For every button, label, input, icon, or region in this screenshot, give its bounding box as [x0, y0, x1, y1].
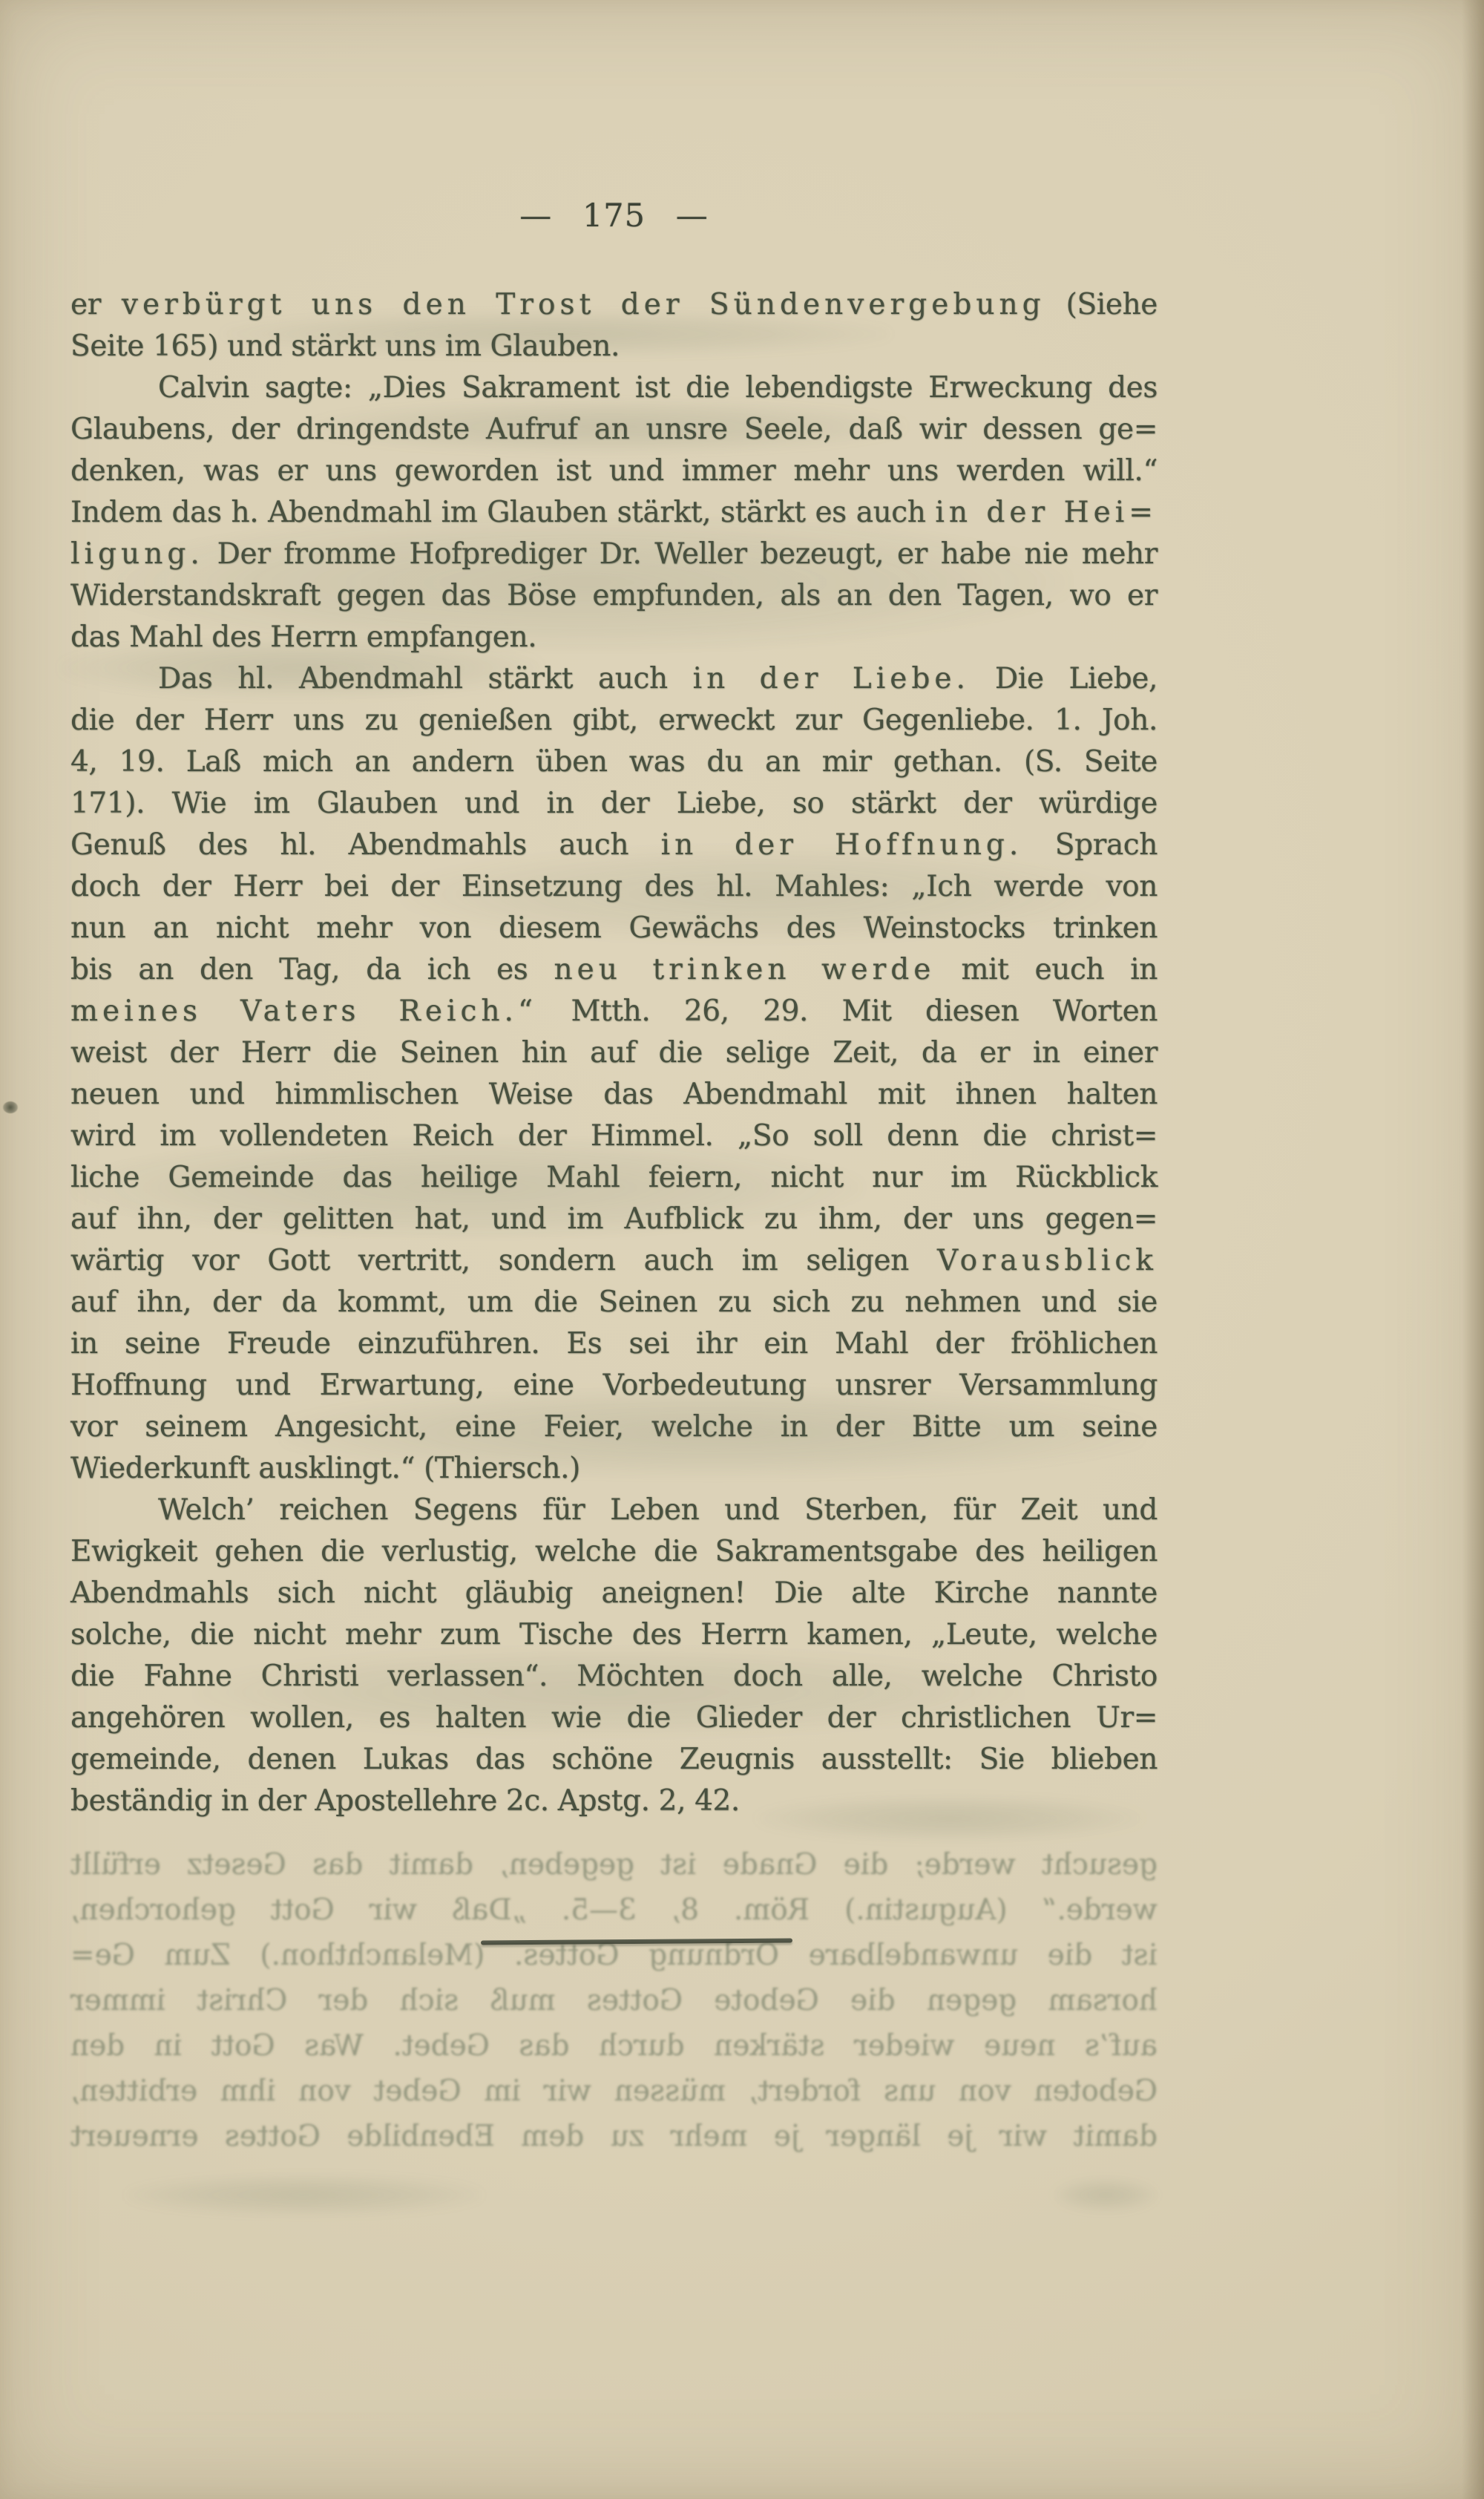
text-line: Indem das h. Abendmahl im Glauben stärkt… — [70, 492, 1158, 534]
page-text: er verbürgt uns den Trost der Sündenverg… — [70, 284, 1158, 1822]
text-segment: Die Liebe, — [970, 662, 1158, 695]
bleedthrough-line: damit wir je länger je mehr zu dem Ebenb… — [70, 2114, 1158, 2159]
text-line: doch der Herr bei der Einsetzung des hl.… — [70, 866, 1158, 908]
letterspaced-emphasis: verbürgt uns den Trost der Sündenvergebu… — [122, 288, 1045, 321]
text-line: Seite 165) und stärkt uns im Glauben. — [70, 326, 1158, 367]
text-line: die der Herr uns zu genießen gibt, erwec… — [70, 700, 1158, 741]
text-line: wärtig vor Gott vertritt, sondern auch i… — [70, 1240, 1158, 1282]
text-segment: (Siehe — [1045, 288, 1158, 321]
text-line: meines Vaters Reich.“ Mtth. 26, 29. Mit … — [70, 991, 1158, 1032]
bleedthrough-smudge — [126, 2175, 482, 2215]
letterspaced-emphasis: Vorausblick — [937, 1244, 1158, 1277]
text-line: nun an nicht mehr von diesem Gewächs des… — [70, 908, 1158, 949]
bleedthrough-line: werde.“ (Augustin.) Röm. 8, 3—5. „Daß wi… — [70, 1887, 1158, 1933]
text-line: Welch’ reichen Segens für Leben und Ster… — [70, 1490, 1158, 1531]
text-segment: die Fahne Christi verlassen“. Möchten do… — [70, 1660, 1158, 1693]
text-segment: Mtth. 26, 29. Mit diesen Worten — [537, 995, 1158, 1028]
text-line: 4, 19. Laß mich an andern üben was du an… — [70, 741, 1158, 783]
text-line: Ewigkeit gehen die verlustig, welche die… — [70, 1531, 1158, 1573]
text-line: Widerstandskraft gegen das Böse empfunde… — [70, 575, 1158, 617]
bleedthrough-smudge — [1054, 2178, 1158, 2212]
text-segment: solche, die nicht mehr zum Tische des He… — [70, 1618, 1158, 1651]
paragraph: Das hl. Abendmahl stärkt auch in der Lie… — [70, 658, 1158, 1490]
text-segment: angehören wollen, es halten wie die Glie… — [70, 1701, 1158, 1735]
text-segment: bis an den Tag, da ich es — [70, 953, 554, 986]
text-segment: Ewigkeit gehen die verlustig, welche die… — [70, 1535, 1158, 1568]
text-line: Glaubens, der dringendste Aufruf an unsr… — [70, 409, 1158, 451]
letterspaced-emphasis: in der Hoffnung. — [661, 828, 1023, 862]
text-segment: Widerstandskraft gegen das Böse empfunde… — [70, 579, 1158, 612]
text-line: auf ihn, der gelitten hat, und im Aufbli… — [70, 1199, 1158, 1240]
text-segment: vor seinem Angesicht, eine Feier, welche… — [70, 1410, 1158, 1444]
text-segment: auf ihn, der da kommt, um die Seinen zu … — [70, 1285, 1158, 1319]
text-segment: Der fromme Hofprediger Dr. Weller bezeug… — [204, 537, 1158, 571]
page-number-header: — 175 — — [70, 197, 1158, 235]
text-segment: beständig in der Apostellehre 2c. Apstg.… — [70, 1784, 740, 1818]
text-segment: Das hl. Abendmahl stärkt auch — [158, 662, 693, 695]
text-segment: in seine Freude einzuführen. Es sei ihr … — [70, 1327, 1158, 1360]
text-line: Calvin sagte: „Dies Sakrament ist die le… — [70, 367, 1158, 409]
text-segment: nun an nicht mehr von diesem Gewächs des… — [70, 911, 1158, 945]
text-segment: 4, 19. Laß mich an andern üben was du an… — [70, 745, 1158, 779]
text-line: Das hl. Abendmahl stärkt auch in der Lie… — [70, 658, 1158, 700]
text-segment: liche Gemeinde das heilige Mahl feiern, … — [70, 1161, 1158, 1194]
text-line: in seine Freude einzuführen. Es sei ihr … — [70, 1323, 1158, 1365]
text-line: auf ihn, der da kommt, um die Seinen zu … — [70, 1282, 1158, 1323]
text-line: bis an den Tag, da ich es neu trinken we… — [70, 949, 1158, 991]
text-line: das Mahl des Herrn empfangen. — [70, 617, 1158, 658]
text-segment: Abendmahls sich nicht gläubig aneignen! … — [70, 1576, 1158, 1610]
bleedthrough-line: auf’s neue wieder stärken durch das Gebe… — [70, 2023, 1158, 2069]
text-line: ligung. Der fromme Hofprediger Dr. Welle… — [70, 534, 1158, 575]
text-segment: weist der Herr die Seinen hin auf die se… — [70, 1036, 1158, 1070]
text-line: neuen und himmlischen Weise das Abendmah… — [70, 1074, 1158, 1116]
page-edge-shadow — [1462, 0, 1484, 2499]
text-segment: Wiederkunft ausklingt.“ (Thiersch.) — [70, 1452, 580, 1485]
text-line: liche Gemeinde das heilige Mahl feiern, … — [70, 1157, 1158, 1199]
text-segment: Welch’ reichen Segens für Leben und Ster… — [158, 1493, 1158, 1527]
book-page: — 175 — er verbürgt uns den Trost der Sü… — [0, 0, 1484, 2499]
text-segment: Sprach — [1022, 828, 1158, 862]
text-segment: Indem das h. Abendmahl im Glauben stärkt… — [70, 496, 935, 529]
text-line: wird im vollendeten Reich der Himmel. „S… — [70, 1116, 1158, 1157]
ink-speck — [3, 1101, 18, 1113]
text-line: Abendmahls sich nicht gläubig aneignen! … — [70, 1573, 1158, 1614]
text-line: Wiederkunft ausklingt.“ (Thiersch.) — [70, 1448, 1158, 1490]
text-segment: doch der Herr bei der Einsetzung des hl.… — [70, 870, 1158, 903]
text-segment: denken, was er uns geworden ist und imme… — [70, 454, 1158, 488]
text-line: gemeinde, denen Lukas das schöne Zeugnis… — [70, 1739, 1158, 1781]
text-line: vor seinem Angesicht, eine Feier, welche… — [70, 1406, 1158, 1448]
letterspaced-emphasis: ligung. — [70, 537, 204, 571]
text-segment: wärtig vor Gott vertritt, sondern auch i… — [70, 1244, 937, 1277]
bleedthrough-line: gesucht werde; die Gnade ist gegeben, da… — [70, 1842, 1158, 1887]
paragraph: Calvin sagte: „Dies Sakrament ist die le… — [70, 367, 1158, 658]
text-line: die Fahne Christi verlassen“. Möchten do… — [70, 1656, 1158, 1697]
bleedthrough-text: gesucht werde; die Gnade ist gegeben, da… — [70, 1842, 1158, 2159]
text-segment: neuen und himmlischen Weise das Abendmah… — [70, 1078, 1158, 1111]
text-segment: Genuß des hl. Abendmahls auch — [70, 828, 661, 862]
text-segment: auf ihn, der gelitten hat, und im Aufbli… — [70, 1202, 1158, 1236]
text-line: weist der Herr die Seinen hin auf die se… — [70, 1032, 1158, 1074]
bleedthrough-line: horsam gegen die Gebote Gottes muß sich … — [70, 1978, 1158, 2023]
text-segment: wird im vollendeten Reich der Himmel. „S… — [70, 1119, 1158, 1153]
bleedthrough-line: Geboten von uns fordert, müssen wir im G… — [70, 2069, 1158, 2114]
text-segment: Calvin sagte: „Dies Sakrament ist die le… — [158, 371, 1158, 405]
text-segment: die der Herr uns zu genießen gibt, erwec… — [70, 704, 1158, 737]
letterspaced-emphasis: meines Vaters Reich.“ — [70, 995, 537, 1028]
text-line: 171). Wie im Glauben und in der Liebe, s… — [70, 783, 1158, 825]
letterspaced-emphasis: neu trinken werde — [554, 953, 935, 986]
text-line: beständig in der Apostellehre 2c. Apstg.… — [70, 1781, 1158, 1822]
text-segment: gemeinde, denen Lukas das schöne Zeugnis… — [70, 1743, 1158, 1776]
paragraph: er verbürgt uns den Trost der Sündenverg… — [70, 284, 1158, 367]
letterspaced-emphasis: in der Hei= — [935, 496, 1158, 529]
text-line: denken, was er uns geworden ist und imme… — [70, 451, 1158, 492]
text-line: solche, die nicht mehr zum Tische des He… — [70, 1614, 1158, 1656]
text-line: angehören wollen, es halten wie die Glie… — [70, 1697, 1158, 1739]
text-segment: das Mahl des Herrn empfangen. — [70, 620, 536, 654]
letterspaced-emphasis: in der Liebe. — [693, 662, 970, 695]
text-segment: 171). Wie im Glauben und in der Liebe, s… — [70, 787, 1158, 820]
text-segment: Hoffnung und Erwartung, eine Vorbedeutun… — [70, 1369, 1158, 1402]
text-line: er verbürgt uns den Trost der Sündenverg… — [70, 284, 1158, 326]
paragraph: Welch’ reichen Segens für Leben und Ster… — [70, 1490, 1158, 1822]
text-segment: Glaubens, der dringendste Aufruf an unsr… — [70, 413, 1158, 446]
text-line: Genuß des hl. Abendmahls auch in der Hof… — [70, 825, 1158, 866]
text-segment: mit euch in — [935, 953, 1158, 986]
text-segment: Seite 165) und stärkt uns im Glauben. — [70, 330, 620, 363]
text-line: Hoffnung und Erwartung, eine Vorbedeutun… — [70, 1365, 1158, 1406]
text-segment: er — [70, 288, 122, 321]
